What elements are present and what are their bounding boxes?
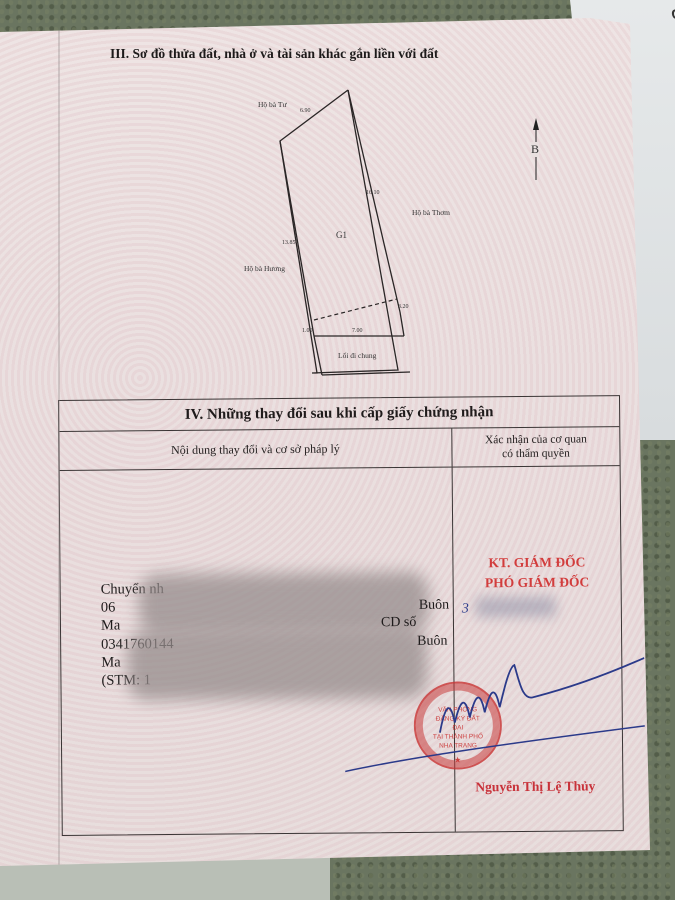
dimension-bottom: 7.00 [352, 328, 363, 334]
content-column-header: Nội dung thay đổi và cơ sở pháp lý [59, 429, 452, 470]
certificate-page: III. Sơ đồ thửa đất, nhà ở và tài sản kh… [0, 18, 650, 866]
authority-title: KT. GIÁM ĐỐC PHÓ GIÁM ĐỐC [453, 552, 620, 593]
north-label: B [531, 142, 539, 157]
section-4-title: IV. Những thay đổi sau khi cấp giấy chứn… [59, 396, 619, 432]
dimension-top: 6.90 [300, 108, 311, 114]
section-3-title: III. Sơ đồ thửa đất, nhà ở và tài sản kh… [110, 46, 438, 62]
north-arrow: B [525, 118, 549, 182]
parcel-sketch: Hộ bà Tư 6.90 16.10 Hộ bà Thơm 13.85 G1 … [230, 78, 560, 388]
signing-date: 3 [462, 601, 469, 617]
dimension-right-lower: 3.20 [398, 304, 409, 310]
confirmation-column-header: Xác nhận của cơ quan có thẩm quyền [452, 427, 619, 466]
parcel-label: G1 [336, 230, 347, 240]
dimension-left: 13.85 [282, 240, 296, 246]
confirmation-header-line: Xác nhận của cơ quan [485, 432, 587, 447]
content-fragment: CD số [381, 615, 417, 631]
dimension-right: 16.10 [366, 190, 380, 196]
changes-table: IV. Những thay đổi sau khi cấp giấy chứn… [58, 395, 624, 836]
neighbor-left-label: Hộ bà Hương [244, 264, 285, 273]
table-row: Chuyển nh 06 Ma 0341760144 Ma (STM: 1 Bu… [60, 466, 623, 835]
change-content-cell: Chuyển nh 06 Ma 0341760144 Ma (STM: 1 Bu… [60, 468, 456, 835]
signer-name: Nguyễn Thị Lệ Thủy [475, 778, 595, 795]
dimension-left-lower: 1.00 [302, 328, 313, 334]
redaction-blur [127, 628, 428, 701]
content-fragment: Buôn [419, 598, 449, 614]
authority-title-line: PHÓ GIÁM ĐỐC [454, 572, 621, 593]
neighbor-right-label: Hộ bà Thơm [412, 208, 450, 217]
authority-title-line: KT. GIÁM ĐỐC [453, 552, 620, 573]
neighbor-top-label: Hộ bà Tư [258, 100, 287, 109]
background-document-text: C [671, 6, 675, 22]
confirmation-cell: KT. GIÁM ĐỐC PHÓ GIÁM ĐỐC 3 Nguyễn Thị L… [453, 466, 623, 831]
confirmation-header-line: có thẩm quyền [502, 447, 570, 462]
redaction-blur [476, 597, 556, 618]
table-header-row: Nội dung thay đổi và cơ sở pháp lý Xác n… [59, 427, 619, 471]
neighbor-bottom-label: Lối đi chung [338, 351, 376, 360]
content-fragment: Buôn [417, 634, 447, 650]
parcel-outline [230, 78, 560, 388]
